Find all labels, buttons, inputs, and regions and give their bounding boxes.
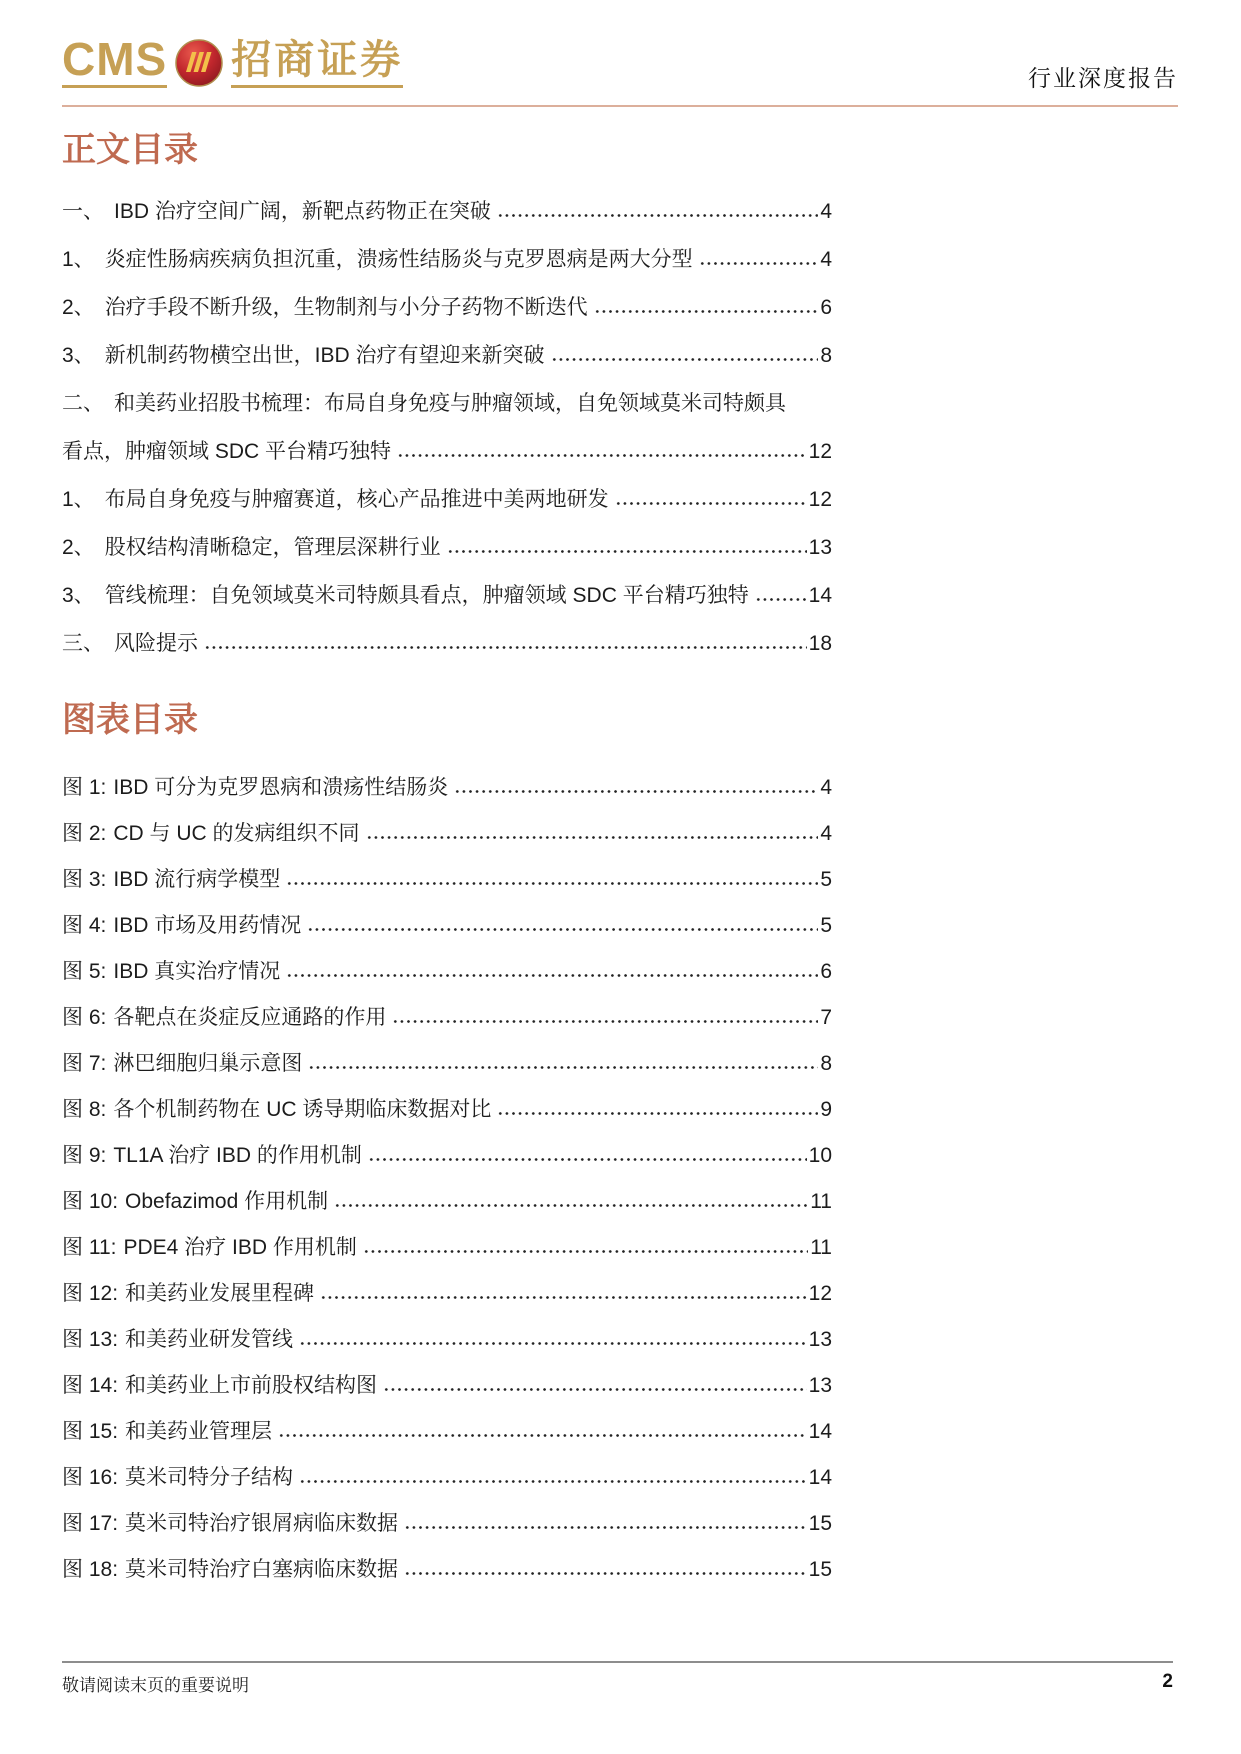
dot-leader	[392, 1012, 818, 1024]
dot-leader	[299, 1334, 807, 1346]
toc-entry-page: 18	[809, 633, 832, 655]
toc-entry-page: 5	[820, 915, 832, 937]
toc-entry-title: 各靶点在炎症反应通路的作用	[113, 1007, 386, 1029]
toc-entry-page: 13	[809, 1375, 832, 1397]
toc-entry-title: TL1A 治疗 IBD 的作用机制	[113, 1145, 362, 1167]
toc-entry-title: IBD 治疗空间广阔，新靶点药物正在突破	[114, 201, 491, 223]
dot-leader	[755, 590, 807, 602]
toc-entry-page: 13	[809, 537, 832, 559]
figure-toc-entry[interactable]: 图 8:各个机制药物在 UC 诱导期临床数据对比9	[62, 1099, 832, 1121]
toc-entry-page: 14	[809, 1467, 832, 1489]
toc-entry-number: 图 15:	[62, 1421, 118, 1443]
figure-toc-entry[interactable]: 图 18:莫米司特治疗白塞病临床数据15	[62, 1559, 832, 1581]
dot-leader	[307, 920, 818, 932]
toc-entry-number: 图 4:	[62, 915, 106, 937]
figure-toc-entry[interactable]: 图 14:和美药业上市前股权结构图13	[62, 1375, 832, 1397]
dot-leader	[366, 828, 819, 840]
cms-logo-text: CMS	[62, 36, 167, 88]
dot-leader	[404, 1564, 807, 1576]
toc-entry-title: 莫米司特治疗银屑病临床数据	[125, 1513, 398, 1535]
figure-toc-entry[interactable]: 图 2:CD 与 UC 的发病组织不同4	[62, 823, 832, 845]
figure-toc-entry[interactable]: 图 16:莫米司特分子结构14	[62, 1467, 832, 1489]
figure-toc-entry[interactable]: 图 6:各靶点在炎症反应通路的作用7	[62, 1007, 832, 1029]
toc-entry-title: 莫米司特治疗白塞病临床数据	[125, 1559, 398, 1581]
toc-entry-number: 图 5:	[62, 961, 106, 983]
toc-entry-page: 15	[809, 1513, 832, 1535]
report-type-label: 行业深度报告	[1028, 60, 1178, 93]
toc-entry-number: 图 13:	[62, 1329, 118, 1351]
toc-entry[interactable]: 2、股权结构清晰稳定，管理层深耕行业13	[62, 537, 832, 559]
toc-entry[interactable]: 一、IBD 治疗空间广阔，新靶点药物正在突破4	[62, 201, 832, 223]
toc-entry-title: 管线梳理：自免领域莫米司特颇具看点，肿瘤领域 SDC 平台精巧独特	[105, 585, 749, 607]
toc-entry-title: 风险提示	[114, 633, 198, 655]
toc-entry-number: 图 7:	[62, 1053, 106, 1075]
toc-entry-number: 图 16:	[62, 1467, 118, 1489]
dot-leader	[334, 1196, 808, 1208]
footer-disclaimer: 敬请阅读末页的重要说明	[62, 1671, 249, 1696]
toc-entry-title-continued: 看点，肿瘤领域 SDC 平台精巧独特	[62, 441, 391, 463]
main-toc-title: 正文目录	[62, 131, 1241, 171]
toc-entry-number: 图 9:	[62, 1145, 106, 1167]
toc-entry-number: 图 3:	[62, 869, 106, 891]
toc-entry-number: 二、	[62, 393, 104, 415]
dot-leader	[404, 1518, 807, 1530]
figure-toc-entry[interactable]: 图 5:IBD 真实治疗情况6	[62, 961, 832, 983]
toc-entry[interactable]: 1、炎症性肠病疾病负担沉重，溃疡性结肠炎与克罗恩病是两大分型4	[62, 249, 832, 271]
toc-entry-number: 2、	[62, 297, 95, 319]
toc-entry-number: 图 11:	[62, 1237, 116, 1259]
toc-entry-page: 5	[820, 869, 832, 891]
toc-entry-title: IBD 可分为克罗恩病和溃疡性结肠炎	[113, 777, 448, 799]
dot-leader	[278, 1426, 807, 1438]
toc-entry-page: 11	[810, 1191, 832, 1213]
toc-entry-page: 7	[820, 1007, 832, 1029]
page-content: 正文目录 一、IBD 治疗空间广阔，新靶点药物正在突破41、炎症性肠病疾病负担沉…	[0, 131, 1241, 1581]
toc-entry-number: 图 14:	[62, 1375, 118, 1397]
toc-entry-page: 6	[820, 297, 832, 319]
toc-entry-number: 图 10:	[62, 1191, 118, 1213]
toc-entry[interactable]: 2、治疗手段不断升级，生物制剂与小分子药物不断迭代6	[62, 297, 832, 319]
dot-leader	[286, 966, 818, 978]
toc-entry-title: 炎症性肠病疾病负担沉重，溃疡性结肠炎与克罗恩病是两大分型	[105, 249, 693, 271]
footer-row: 敬请阅读末页的重要说明 2	[62, 1663, 1173, 1696]
dot-leader	[286, 874, 818, 886]
toc-entry-number: 图 8:	[62, 1099, 106, 1121]
toc-entry-page: 6	[820, 961, 832, 983]
header-divider	[62, 105, 1178, 107]
toc-entry-title: IBD 真实治疗情况	[113, 961, 280, 983]
figure-toc-entry[interactable]: 图 15:和美药业管理层14	[62, 1421, 832, 1443]
dot-leader	[699, 254, 819, 266]
toc-entry-number: 三、	[62, 633, 104, 655]
toc-entry-number: 2、	[62, 537, 95, 559]
toc-entry-number: 图 12:	[62, 1283, 118, 1305]
cms-logo-chinese: 招商证券	[231, 39, 403, 88]
toc-entry-page: 4	[820, 777, 832, 799]
toc-entry[interactable]: 二、和美药业招股书梳理：布局自身免疫与肿瘤领域，自免领域莫米司特颇具看点，肿瘤领…	[62, 393, 832, 463]
toc-entry-page: 14	[809, 1421, 832, 1443]
dot-leader	[308, 1058, 818, 1070]
dot-leader	[320, 1288, 807, 1300]
dot-leader	[299, 1472, 807, 1484]
toc-entry-number: 图 2:	[62, 823, 106, 845]
toc-entry-title: 和美药业研发管线	[125, 1329, 293, 1351]
toc-entry-number: 3、	[62, 345, 95, 367]
toc-entry-line: 看点，肿瘤领域 SDC 平台精巧独特12	[62, 441, 832, 463]
toc-entry-title: PDE4 治疗 IBD 作用机制	[123, 1237, 356, 1259]
dot-leader	[615, 494, 807, 506]
dot-leader	[368, 1150, 807, 1162]
figure-toc-entry[interactable]: 图 10:Obefazimod 作用机制11	[62, 1191, 832, 1213]
toc-entry-page: 12	[809, 489, 832, 511]
toc-entry-title: 和美药业发展里程碑	[125, 1283, 314, 1305]
figure-toc-entry[interactable]: 图 1:IBD 可分为克罗恩病和溃疡性结肠炎4	[62, 777, 832, 799]
dot-leader	[497, 206, 818, 218]
toc-entry-page: 9	[820, 1099, 832, 1121]
toc-entry-page: 4	[820, 823, 832, 845]
figure-toc-entry[interactable]: 图 11:PDE4 治疗 IBD 作用机制11	[62, 1237, 832, 1259]
figure-toc-entry[interactable]: 图 9:TL1A 治疗 IBD 的作用机制10	[62, 1145, 832, 1167]
toc-entry-page: 11	[810, 1237, 832, 1259]
toc-entry-title: 新机制药物横空出世，IBD 治疗有望迎来新突破	[105, 345, 545, 367]
toc-entry[interactable]: 3、新机制药物横空出世，IBD 治疗有望迎来新突破8	[62, 345, 832, 367]
dot-leader	[204, 638, 807, 650]
toc-entry-number: 3、	[62, 585, 95, 607]
cms-logo: CMS 招商证券	[62, 36, 403, 88]
toc-entry-number: 一、	[62, 201, 104, 223]
toc-entry-page: 12	[809, 1283, 832, 1305]
figure-toc-entry[interactable]: 图 13:和美药业研发管线13	[62, 1329, 832, 1351]
toc-entry-line: 二、和美药业招股书梳理：布局自身免疫与肿瘤领域，自免领域莫米司特颇具	[62, 393, 832, 415]
figure-toc-entry[interactable]: 图 7:淋巴细胞归巢示意图8	[62, 1053, 832, 1075]
figure-toc-entry[interactable]: 图 4:IBD 市场及用药情况5	[62, 915, 832, 937]
page-footer: 敬请阅读末页的重要说明 2	[62, 1661, 1173, 1696]
dot-leader	[551, 350, 819, 362]
figure-toc-list: 图 1:IBD 可分为克罗恩病和溃疡性结肠炎4图 2:CD 与 UC 的发病组织…	[62, 777, 832, 1581]
cms-logo-icon	[175, 39, 223, 87]
toc-entry-title: 和美药业上市前股权结构图	[125, 1375, 377, 1397]
toc-entry-title: Obefazimod 作用机制	[125, 1191, 328, 1213]
toc-entry-title: 和美药业招股书梳理：布局自身免疫与肿瘤领域，自免领域莫米司特颇具	[114, 393, 786, 415]
toc-entry-page: 4	[820, 249, 832, 271]
toc-entry[interactable]: 1、布局自身免疫与肿瘤赛道，核心产品推进中美两地研发12	[62, 489, 832, 511]
toc-entry-number: 1、	[62, 489, 95, 511]
toc-entry-title: IBD 市场及用药情况	[113, 915, 301, 937]
toc-entry-title: IBD 流行病学模型	[113, 869, 280, 891]
toc-entry-title: 股权结构清晰稳定，管理层深耕行业	[105, 537, 441, 559]
dot-leader	[454, 782, 818, 794]
toc-entry-title: 莫米司特分子结构	[125, 1467, 293, 1489]
toc-entry-title: 淋巴细胞归巢示意图	[113, 1053, 302, 1075]
toc-entry-number: 1、	[62, 249, 95, 271]
toc-entry-title: 各个机制药物在 UC 诱导期临床数据对比	[113, 1099, 491, 1121]
dot-leader	[594, 302, 819, 314]
toc-entry-number: 图 1:	[62, 777, 106, 799]
toc-entry-page: 12	[809, 441, 832, 463]
toc-entry-page: 14	[809, 585, 832, 607]
report-page: CMS 招商证券 行业深度报告	[0, 0, 1241, 1754]
toc-entry[interactable]: 3、管线梳理：自免领域莫米司特颇具看点，肿瘤领域 SDC 平台精巧独特14	[62, 585, 832, 607]
toc-entry-page: 15	[809, 1559, 832, 1581]
dot-leader	[447, 542, 807, 554]
toc-entry-page: 8	[820, 345, 832, 367]
toc-entry-page: 10	[809, 1145, 832, 1167]
toc-entry-page: 4	[820, 201, 832, 223]
main-toc-list: 一、IBD 治疗空间广阔，新靶点药物正在突破41、炎症性肠病疾病负担沉重，溃疡性…	[62, 201, 832, 655]
page-number: 2	[1162, 1671, 1173, 1693]
report-header: CMS 招商证券 行业深度报告	[0, 0, 1241, 105]
figure-toc-entry[interactable]: 图 17:莫米司特治疗银屑病临床数据15	[62, 1513, 832, 1535]
toc-entry-page: 8	[820, 1053, 832, 1075]
toc-entry-number: 图 6:	[62, 1007, 106, 1029]
figure-toc-entry[interactable]: 图 3:IBD 流行病学模型5	[62, 869, 832, 891]
toc-entry-number: 图 18:	[62, 1559, 118, 1581]
toc-entry-title: 布局自身免疫与肿瘤赛道，核心产品推进中美两地研发	[105, 489, 609, 511]
toc-entry-number: 图 17:	[62, 1513, 118, 1535]
toc-entry-title: 治疗手段不断升级，生物制剂与小分子药物不断迭代	[105, 297, 588, 319]
toc-entry-page: 13	[809, 1329, 832, 1351]
toc-entry[interactable]: 三、风险提示18	[62, 633, 832, 655]
dot-leader	[497, 1104, 818, 1116]
toc-entry-title: CD 与 UC 的发病组织不同	[113, 823, 359, 845]
dot-leader	[397, 446, 807, 458]
figure-toc-title: 图表目录	[62, 701, 1241, 741]
toc-entry-title: 和美药业管理层	[125, 1421, 272, 1443]
figure-toc-entry[interactable]: 图 12:和美药业发展里程碑12	[62, 1283, 832, 1305]
dot-leader	[383, 1380, 807, 1392]
dot-leader	[363, 1242, 808, 1254]
